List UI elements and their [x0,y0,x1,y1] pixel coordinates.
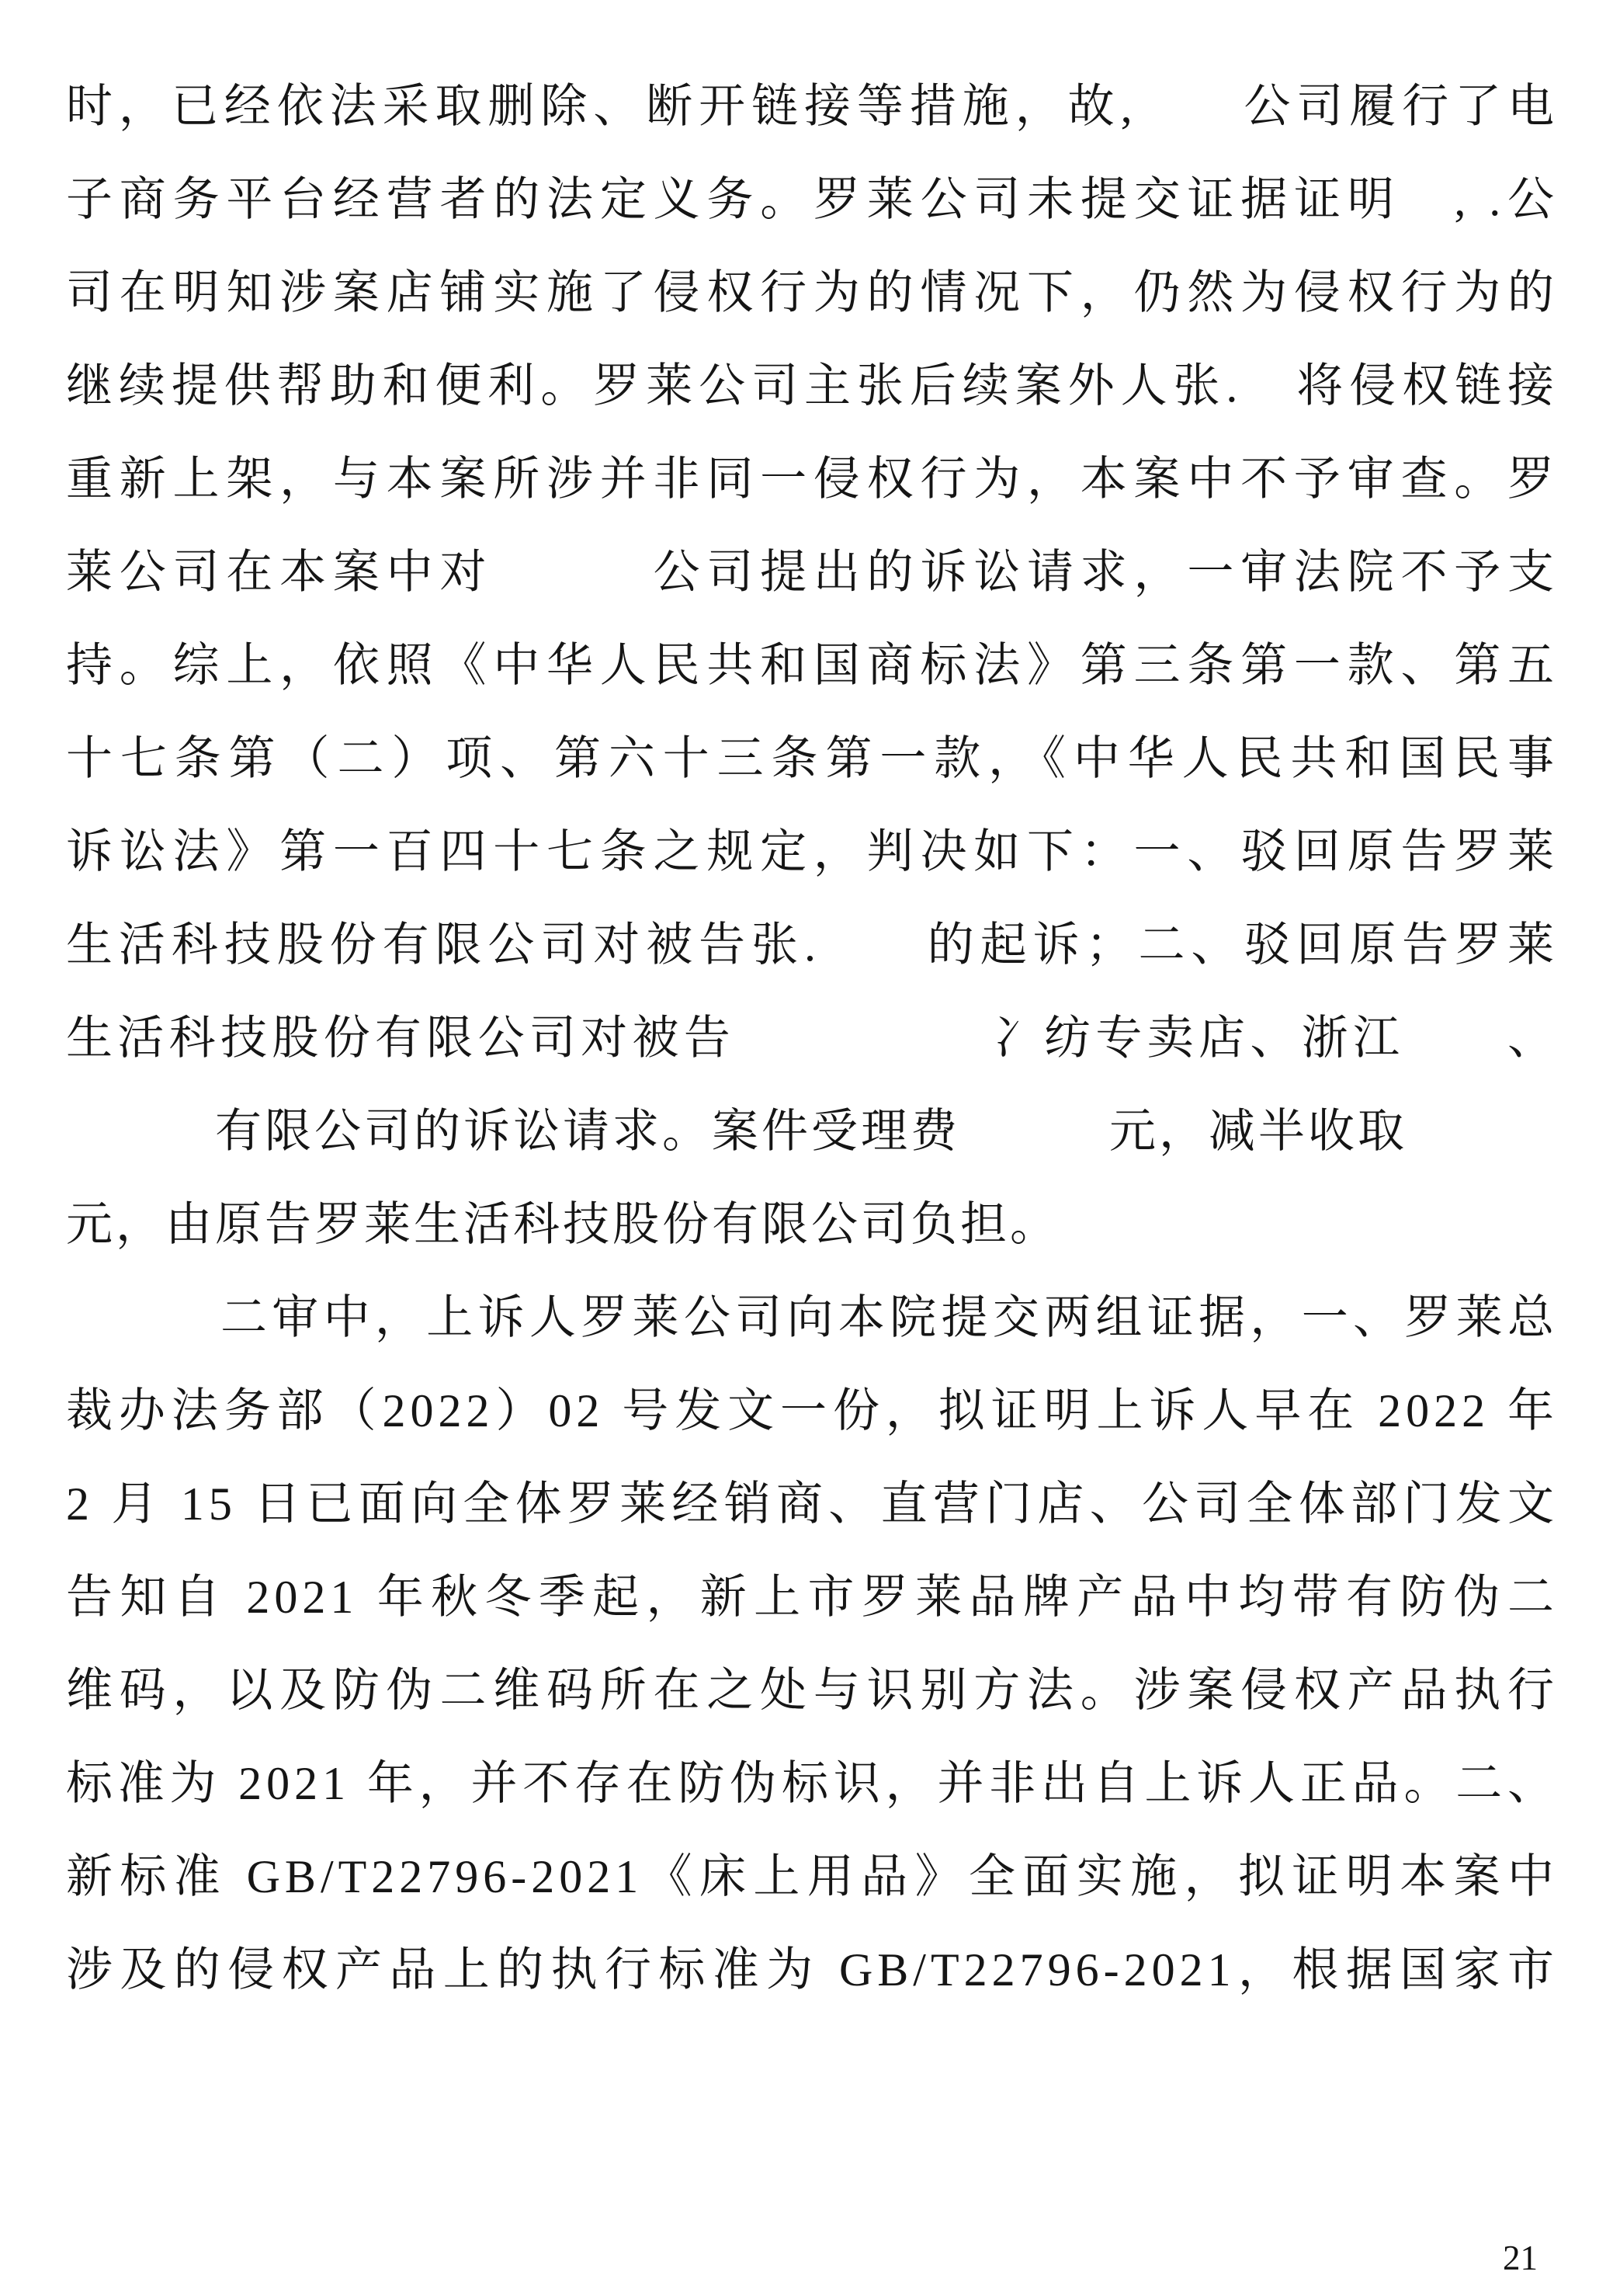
text-line: 告知自 2021 年秋冬季起，新上市罗莱品牌产品中均带有防伪二 [66,1551,1559,1644]
text-line: 十七条第（二）项、第六十三条第一款，《中华人民共和国民事 [66,712,1559,805]
text-line: 继续提供帮助和便利。罗莱公司主张后续案外人张. 将侵权链接 [66,339,1559,432]
text-line: 新标准 GB/T22796-2021《床上用品》全面实施，拟证明本案中 [66,1830,1559,1923]
text-line: 2 月 15 日已面向全体罗莱经销商、直营门店、公司全体部门发文 [66,1457,1559,1551]
text-line: 重新上架，与本案所涉并非同一侵权行为，本案中不予审查。罗 [66,432,1559,526]
text-line: 生活科技股份有限公司对被告张. 的起诉；二、驳回原告罗莱 [66,898,1559,992]
text-line: 裁办法务部（2022）02 号发文一份，拟证明上诉人早在 2022 年 [66,1364,1559,1457]
document-page: 时，已经依法采取删除、断开链接等措施，故, 公司履行了电 子商务平台经营者的法定… [0,0,1620,2296]
text-line: 涉及的侵权产品上的执行标准为 GB/T22796-2021，根据国家市 [66,1923,1559,2016]
text-line: 生活科技股份有限公司对被告 冫纺专卖店、浙江 、 [66,992,1559,1085]
text-line: 子商务平台经营者的法定义务。罗莱公司未提交证据证明 , .公 [66,153,1559,246]
text-line: 元，由原告罗莱生活科技股份有限公司负担。 [66,1178,1559,1271]
text-line: 时，已经依法采取删除、断开链接等措施，故, 公司履行了电 [66,60,1559,153]
text-line: 有限公司的诉讼请求。案件受理费 元，减半收取 [66,1085,1559,1178]
text-line: 莱公司在本案中对 公司提出的诉讼请求，一审法院不予支 [66,526,1559,619]
judgment-text-block: 时，已经依法采取删除、断开链接等措施，故, 公司履行了电 子商务平台经营者的法定… [66,60,1559,2016]
text-line: 二审中，上诉人罗莱公司向本院提交两组证据，一、罗莱总 [66,1271,1559,1364]
text-line: 司在明知涉案店铺实施了侵权行为的情况下，仍然为侵权行为的 [66,246,1559,339]
text-line: 标准为 2021 年，并不存在防伪标识，并非出自上诉人正品。二、 [66,1737,1559,1830]
text-line: 持。综上，依照《中华人民共和国商标法》第三条第一款、第五 [66,619,1559,712]
page-number: 21 [1503,2241,1538,2276]
text-line: 维码，以及防伪二维码所在之处与识别方法。涉案侵权产品执行 [66,1644,1559,1737]
text-line: 诉讼法》第一百四十七条之规定，判决如下：一、驳回原告罗莱 [66,805,1559,898]
